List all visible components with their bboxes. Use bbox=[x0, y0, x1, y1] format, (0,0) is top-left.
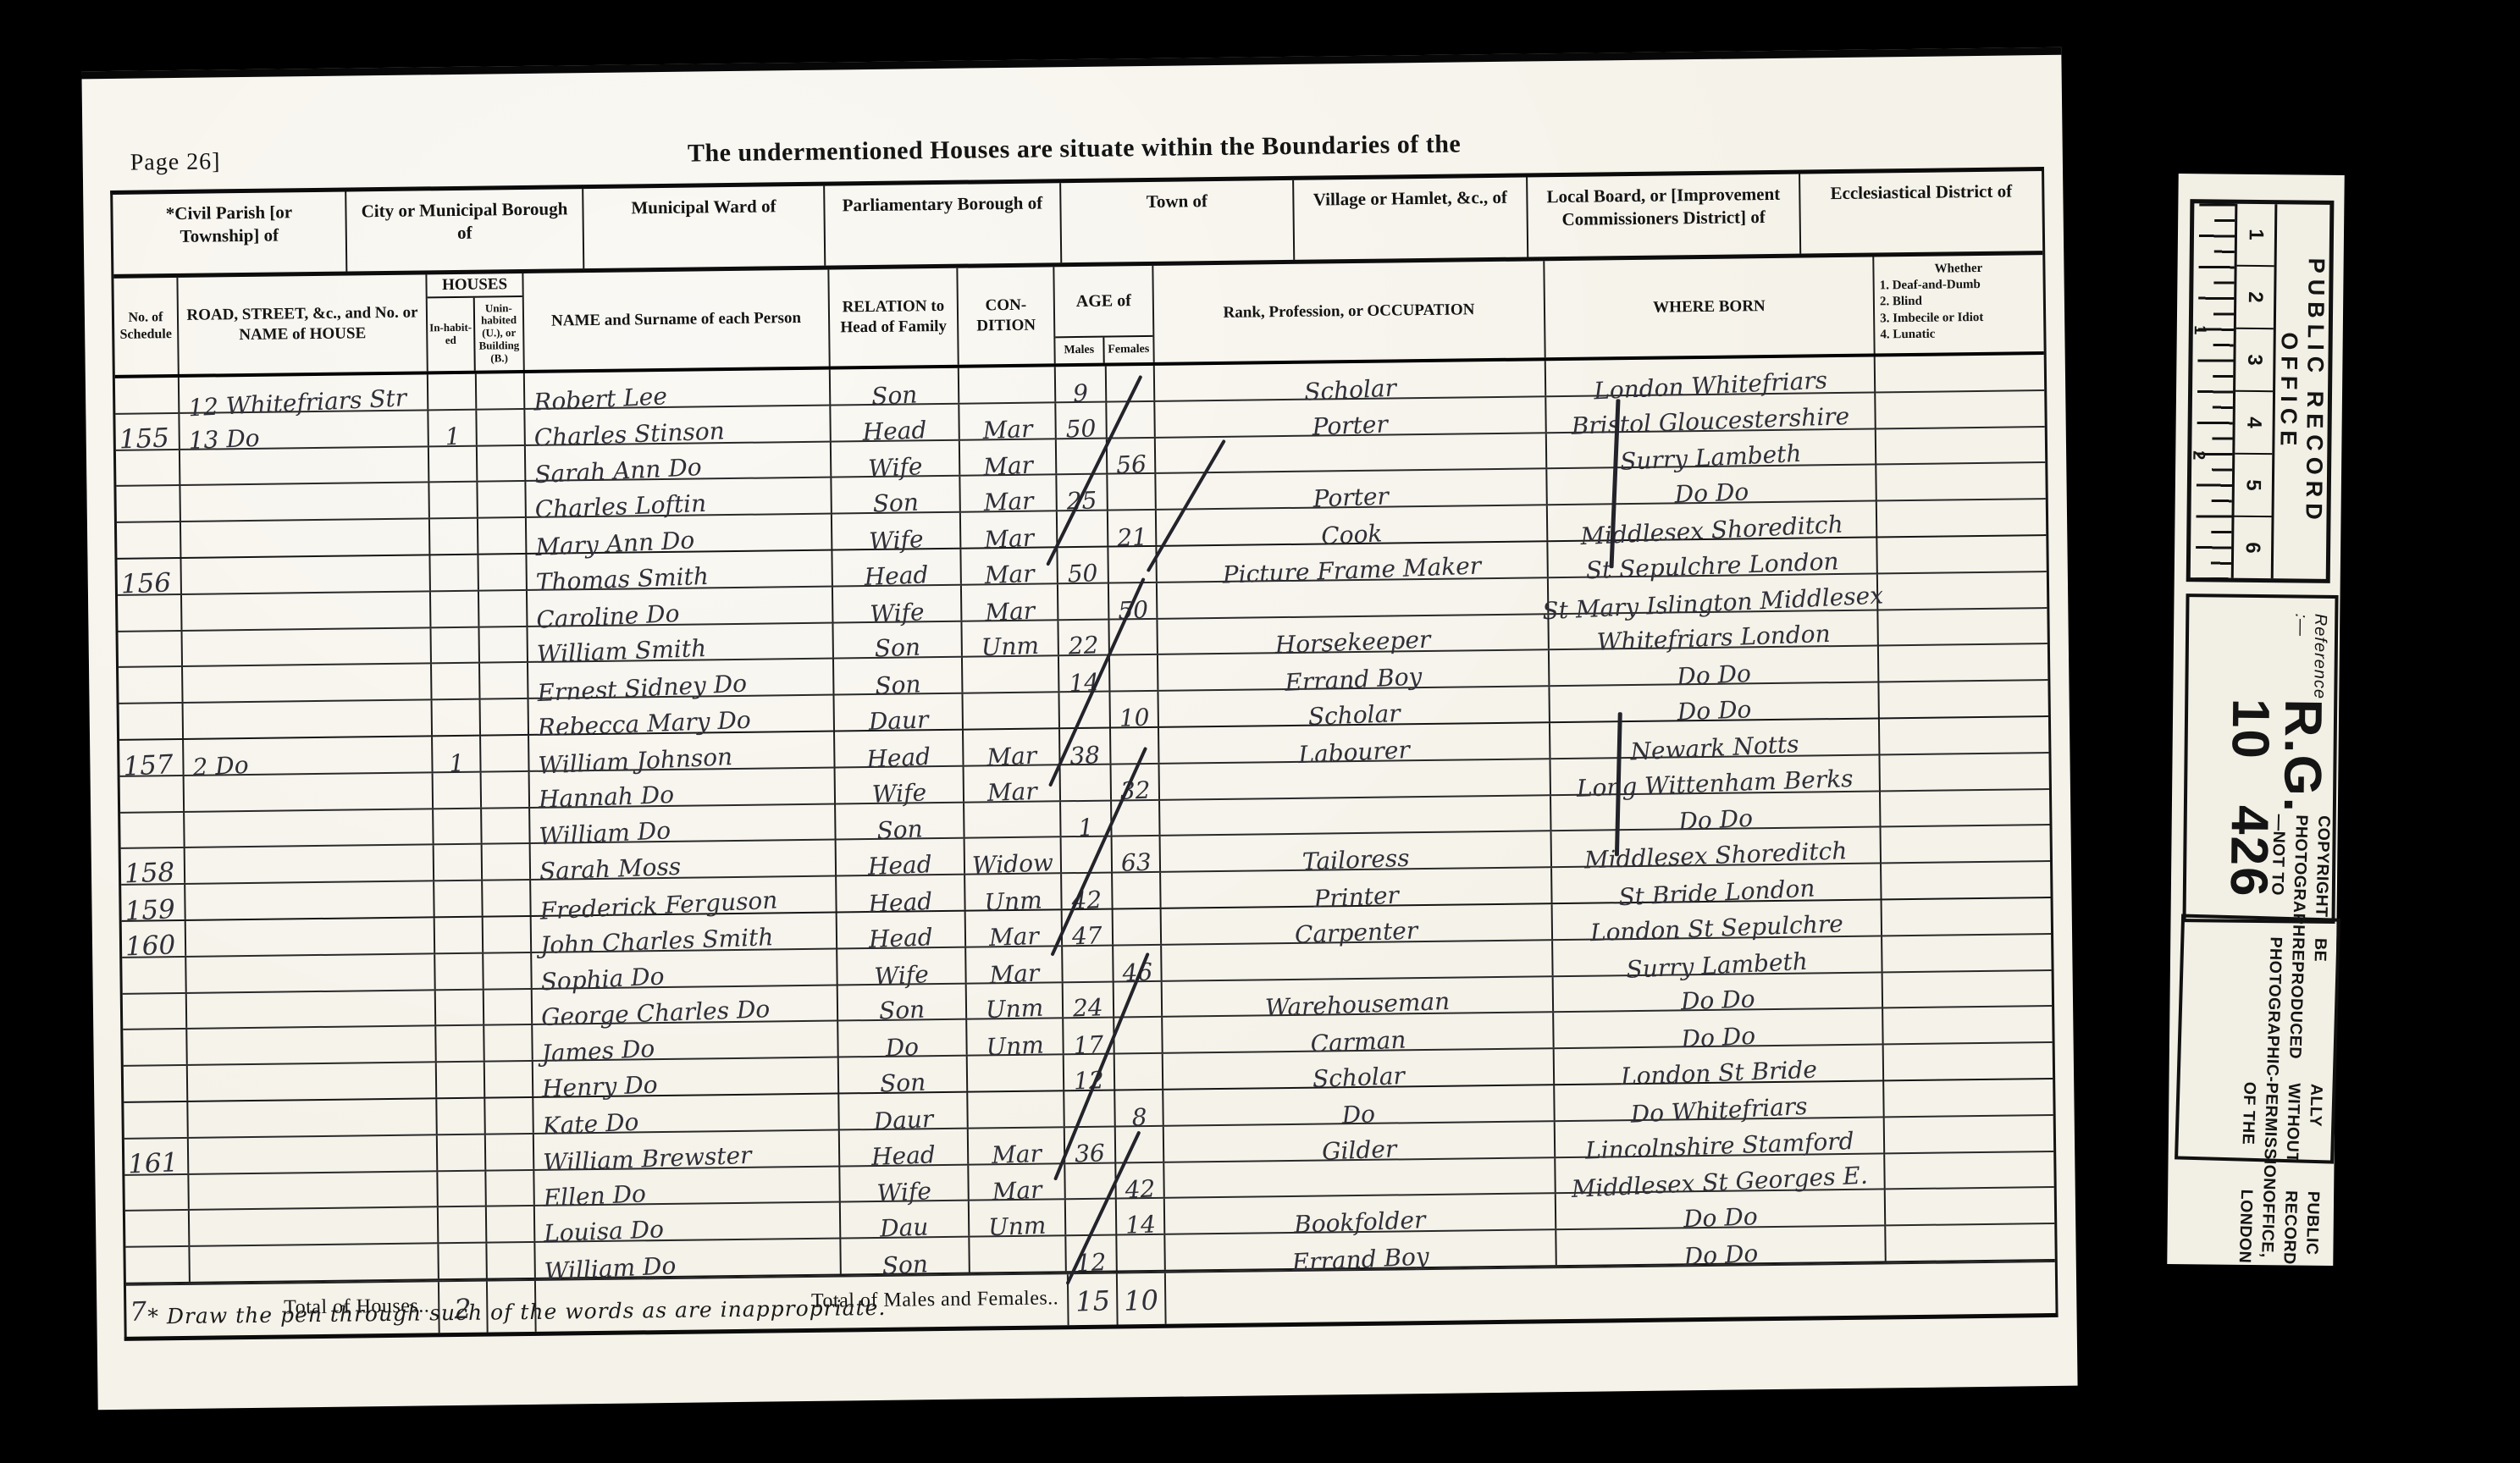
relation-cell: Wife bbox=[833, 585, 962, 621]
inhabited-cell bbox=[437, 1063, 485, 1097]
schedule-cell bbox=[125, 1211, 190, 1246]
infirmity-cell bbox=[1878, 609, 2047, 645]
schedule-cell bbox=[122, 958, 186, 993]
where-born-cell: Do Whitefriars bbox=[1555, 1081, 1884, 1120]
road-cell bbox=[190, 1208, 439, 1245]
handwritten-entry: 7 bbox=[130, 1300, 147, 1327]
age-male-cell bbox=[1061, 765, 1112, 800]
handwritten-entry: Unm bbox=[981, 634, 1039, 660]
schedule-cell: 156 bbox=[117, 559, 181, 594]
column-header-age-group: AGE of Males Females bbox=[1054, 266, 1154, 363]
condition-cell bbox=[970, 1236, 1066, 1272]
occupation-cell bbox=[1158, 578, 1549, 617]
name-cell: George Charles Do bbox=[533, 985, 838, 1024]
where-born-cell: Do Do bbox=[1556, 1227, 1886, 1266]
infirmity-line: 1. Deaf-and-Dumb bbox=[1880, 277, 1981, 295]
handwritten-entry: Son bbox=[880, 1071, 926, 1096]
age-male-cell bbox=[1058, 583, 1109, 619]
uninhabited-cell bbox=[483, 881, 531, 915]
road-cell bbox=[180, 483, 429, 521]
age-female-cell bbox=[1117, 1235, 1165, 1270]
inhabited-cell bbox=[436, 1026, 484, 1061]
condition-cell bbox=[968, 1055, 1064, 1090]
relation-cell: Son bbox=[833, 621, 962, 658]
uninhabited-cell bbox=[485, 1062, 533, 1096]
occupation-cell: Labourer bbox=[1159, 723, 1550, 762]
infirmity-cell bbox=[1876, 463, 2045, 500]
condition-cell: Mar bbox=[966, 910, 1063, 946]
road-cell bbox=[185, 881, 434, 919]
age-male-cell bbox=[1062, 837, 1113, 873]
handwritten-entry: Mar bbox=[988, 925, 1039, 950]
infirmity-cell bbox=[1886, 1188, 2054, 1224]
header-town: Town of bbox=[1061, 180, 1295, 262]
relation-cell: Head bbox=[831, 404, 959, 440]
header-local-board: Local Board, or [Improvement Commissione… bbox=[1528, 174, 1801, 257]
road-cell bbox=[190, 1244, 439, 1281]
handwritten-entry: 156 bbox=[120, 570, 171, 598]
empty-cell bbox=[1166, 1262, 2056, 1324]
name-cell: Sarah Ann Do bbox=[526, 442, 832, 480]
occupation-cell: Porter bbox=[1156, 470, 1547, 509]
infirmity-cell bbox=[1886, 1224, 2054, 1261]
infirmity-cell bbox=[1880, 754, 2048, 790]
inhabited-cell bbox=[430, 555, 478, 590]
header-civil-parish: *Civil Parish [or Township] of bbox=[113, 192, 347, 274]
name-cell: Ernest Sidney Do bbox=[528, 660, 834, 698]
uninhabited-cell bbox=[477, 410, 525, 444]
ruler-ticks: 1 2 bbox=[2191, 203, 2237, 578]
handwritten-entry: 160 bbox=[125, 932, 176, 960]
condition-cell: Unm bbox=[967, 983, 1064, 1019]
schedule-cell: 159 bbox=[121, 885, 185, 920]
schedule-cell bbox=[123, 1030, 187, 1065]
age-male-cell bbox=[1063, 946, 1114, 981]
where-born-cell: Middlesex Shoreditch bbox=[1552, 828, 1882, 867]
infirmity-cell bbox=[1883, 1007, 2052, 1043]
uninhabited-cell bbox=[487, 1243, 535, 1278]
office-name: PUBLIC RECORD OFFICE bbox=[2274, 204, 2330, 579]
age-male-cell: 1 bbox=[1061, 801, 1112, 836]
uninhabited-cell bbox=[482, 808, 530, 842]
inhabited-cell bbox=[431, 591, 479, 626]
age-female-cell bbox=[1114, 909, 1162, 944]
occupation-cell: Errand Boy bbox=[1165, 1230, 1556, 1269]
condition-cell: Mar bbox=[959, 403, 1056, 439]
relation-cell: Wife bbox=[832, 440, 960, 477]
ruler-inner-number: 2 bbox=[2188, 450, 2208, 460]
name-cell: Charles Stinson bbox=[525, 406, 831, 444]
houses-group-label: HOUSES bbox=[427, 273, 522, 298]
handwritten-entry: Wife bbox=[871, 781, 926, 806]
name-cell: Charles Loftin bbox=[526, 478, 832, 516]
inhabited-cell bbox=[433, 700, 481, 735]
column-header-houses-group: HOUSES In-habit-ed Unin-habited (U.), or… bbox=[427, 273, 524, 371]
occupation-cell bbox=[1160, 796, 1551, 835]
infirmity-line: 4. Lunatic bbox=[1880, 326, 1935, 343]
road-cell bbox=[181, 555, 430, 593]
infirmity-cell bbox=[1881, 790, 2049, 826]
handwritten-entry: 63 bbox=[1120, 851, 1152, 875]
road-cell bbox=[184, 701, 433, 738]
schedule-cell bbox=[115, 378, 180, 413]
header-ecclesiastical-district: Ecclesiastical District of bbox=[1800, 171, 2042, 253]
road-cell bbox=[186, 918, 435, 955]
road-cell bbox=[185, 773, 434, 810]
handwritten-entry: 24 bbox=[1073, 996, 1104, 1021]
name-cell: Rebecca Mary Do bbox=[529, 696, 835, 734]
infirmity-cell bbox=[1882, 862, 2050, 898]
infirmity-line: 3. Imbecile or Idiot bbox=[1880, 309, 1983, 327]
reference-label: Reference :— bbox=[2290, 606, 2329, 699]
handwritten-entry: 14 bbox=[1125, 1213, 1156, 1238]
occupation-cell: Scholar bbox=[1155, 361, 1546, 400]
copyright-notice: COPYRIGHT PHOTOGRAPH—NOT TO BE REPRODUCE… bbox=[2175, 914, 2340, 1163]
handwritten-entry: Mar bbox=[991, 1141, 1042, 1167]
road-cell bbox=[183, 628, 432, 665]
ruler-number: 2 bbox=[2236, 267, 2274, 329]
condition-cell: Mar bbox=[969, 1128, 1065, 1163]
age-female-cell bbox=[1108, 474, 1156, 509]
column-header-where-born: WHERE BORN bbox=[1545, 257, 1875, 357]
relation-cell: Son bbox=[831, 368, 959, 405]
age-female-cell bbox=[1110, 655, 1158, 690]
relation-cell: Head bbox=[837, 839, 965, 875]
census-scan-photograph: { "page": { "page_number": "Page 26]", "… bbox=[0, 0, 2520, 1463]
road-cell bbox=[185, 846, 434, 883]
occupation-cell: Bookfolder bbox=[1165, 1194, 1556, 1233]
uninhabited-cell bbox=[477, 373, 525, 408]
name-cell: Mary Ann Do bbox=[527, 515, 832, 553]
handwritten-entry: Mar bbox=[982, 417, 1033, 443]
where-born-cell: Lincolnshire Stamford bbox=[1556, 1118, 1885, 1157]
age-male-cell: 50 bbox=[1058, 548, 1108, 583]
uninhabited-cell bbox=[484, 953, 532, 988]
condition-cell: Mar bbox=[960, 439, 1057, 475]
relation-cell: Son bbox=[832, 477, 960, 513]
uninhabited-cell bbox=[482, 772, 530, 807]
relation-cell: Son bbox=[841, 1238, 970, 1274]
column-header-schedule: No. of Schedule bbox=[113, 278, 179, 375]
infirmity-cell bbox=[1876, 391, 2044, 428]
inhabited-cell: 1 bbox=[433, 737, 481, 771]
uninhabited-cell bbox=[478, 482, 526, 516]
ruler-number: 3 bbox=[2235, 329, 2274, 392]
where-born-cell: London Whitefriars bbox=[1546, 356, 1876, 395]
handwritten-entry: 1 bbox=[445, 424, 461, 449]
name-cell: Frederick Ferguson bbox=[531, 877, 837, 915]
inhabited-cell bbox=[436, 990, 484, 1024]
road-cell bbox=[185, 809, 434, 847]
relation-cell: Son bbox=[839, 1057, 968, 1093]
where-born-cell: Do Do bbox=[1554, 1009, 1883, 1048]
relation-cell: Wife bbox=[837, 947, 966, 984]
age-female-cell bbox=[1114, 1018, 1163, 1052]
schedule-cell bbox=[125, 1247, 190, 1283]
inhabited-cell bbox=[435, 953, 484, 988]
occupation-cell bbox=[1160, 759, 1551, 798]
age-female-cell: 14 bbox=[1117, 1199, 1165, 1234]
condition-cell: Unm bbox=[967, 1019, 1064, 1055]
where-born-cell: Do Do bbox=[1547, 466, 1876, 505]
road-cell bbox=[186, 954, 435, 991]
handwritten-entry: Mar bbox=[983, 489, 1034, 515]
where-born-cell: Long Wittenham Berks bbox=[1550, 755, 1880, 794]
name-cell: Sarah Moss bbox=[531, 841, 837, 879]
relation-cell: Wife bbox=[832, 513, 961, 549]
where-born-cell: Whitefriars London bbox=[1549, 610, 1878, 649]
infirmity-cell bbox=[1884, 1043, 2053, 1079]
where-born-cell: St Sepulchre London bbox=[1548, 538, 1877, 577]
infirmity-cell bbox=[1882, 898, 2051, 935]
schedule-cell bbox=[119, 632, 183, 667]
road-cell bbox=[180, 447, 429, 484]
pen-strokes bbox=[82, 55, 2062, 80]
public-record-office-stamp: 1 2 1 2 3 4 5 6 PUBLIC RECORD OFFICE Ref… bbox=[2167, 174, 2344, 1266]
uninhabited-cell bbox=[484, 1025, 533, 1060]
inhabited-cell bbox=[431, 627, 479, 662]
handwritten-entry: Son bbox=[874, 636, 920, 661]
infirmity-line: 2. Blind bbox=[1880, 294, 1922, 311]
uninhabited-cell bbox=[484, 917, 532, 952]
inhabited-cell bbox=[439, 1244, 487, 1278]
column-header-infirmity: Whether 1. Deaf-and-Dumb 2. Blind 3. Imb… bbox=[1874, 255, 2043, 353]
handwritten-entry: 36 bbox=[1075, 1141, 1106, 1166]
name-cell: Caroline Do bbox=[528, 587, 833, 625]
relation-cell: Head bbox=[840, 1129, 969, 1165]
handwritten-entry: 47 bbox=[1072, 924, 1103, 948]
age-male-cell: 12 bbox=[1064, 1055, 1115, 1090]
infirmity-cell bbox=[1883, 971, 2052, 1008]
condition-cell: Mar bbox=[960, 476, 1057, 511]
column-header-relation: RELATION to Head of Family bbox=[829, 268, 959, 367]
occupation-cell: Gilder bbox=[1164, 1122, 1556, 1161]
copyright-line: PUBLIC RECORD OFFICE, LONDON bbox=[2180, 1188, 2324, 1266]
schedule-cell: 160 bbox=[122, 921, 186, 957]
total-males-value: 15 bbox=[1067, 1273, 1119, 1325]
ruler-number: 1 bbox=[2236, 204, 2274, 267]
uninhabited-cell bbox=[486, 1170, 534, 1205]
uninhabited-cell bbox=[478, 555, 527, 589]
inhabited-cell bbox=[439, 1207, 487, 1242]
column-header-males: Males bbox=[1055, 338, 1104, 364]
infirmity-cell bbox=[1877, 500, 2046, 536]
relation-cell: Wife bbox=[840, 1165, 969, 1201]
schedule-cell: 161 bbox=[124, 1139, 189, 1174]
relation-cell: Head bbox=[835, 731, 964, 767]
infirmity-cell bbox=[1882, 825, 2050, 862]
schedule-cell: 155 bbox=[115, 414, 180, 450]
condition-cell: Widow bbox=[965, 838, 1062, 874]
name-cell: Sophia Do bbox=[532, 949, 837, 987]
condition-cell bbox=[959, 367, 1056, 402]
handwritten-entry: 50 bbox=[1067, 561, 1098, 586]
age-female-cell: 56 bbox=[1108, 438, 1156, 472]
where-born-cell: Newark Notts bbox=[1550, 719, 1880, 758]
road-cell bbox=[187, 991, 436, 1028]
age-male-cell: 24 bbox=[1064, 982, 1114, 1018]
infirmity-cell bbox=[1878, 572, 2047, 609]
ruler-scale: 1 2 1 2 3 4 5 6 PUBLIC RECORD OFFICE bbox=[2186, 199, 2335, 583]
name-cell: Louisa Do bbox=[535, 1203, 841, 1241]
uninhabited-cell bbox=[483, 844, 531, 879]
handwritten-entry: 155 bbox=[119, 425, 169, 453]
handwritten-entry: Son bbox=[872, 491, 919, 516]
condition-cell: Mar bbox=[964, 729, 1060, 765]
relation-cell: Son bbox=[834, 658, 963, 694]
uninhabited-cell bbox=[485, 1098, 533, 1133]
header-village-hamlet: Village or Hamlet, &c., of bbox=[1294, 177, 1528, 259]
occupation-cell: Porter bbox=[1155, 397, 1546, 436]
schedule-cell: 157 bbox=[119, 740, 184, 776]
uninhabited-cell bbox=[481, 736, 529, 770]
handwritten-entry: 15 bbox=[1075, 1287, 1110, 1315]
relation-cell: Head bbox=[837, 912, 966, 948]
inhabited-cell bbox=[437, 1099, 485, 1134]
handwritten-entry: Son bbox=[881, 1252, 928, 1278]
name-cell: William Do bbox=[535, 1239, 841, 1278]
uninhabited-cell bbox=[479, 627, 528, 662]
schedule-cell bbox=[118, 595, 182, 631]
where-born-cell: Middlesex St Georges E. bbox=[1556, 1154, 1885, 1193]
schedule-cell bbox=[116, 486, 180, 522]
copyright-line: ALLY WITHOUT PERMISSION OF THE bbox=[2182, 1079, 2327, 1191]
header-city-borough: City or Municipal Borough of bbox=[346, 189, 584, 271]
handwritten-entry: 158 bbox=[124, 860, 174, 888]
ruler-inner-number: 1 bbox=[2190, 325, 2209, 334]
age-male-cell: 14 bbox=[1059, 656, 1110, 692]
age-female-cell: 8 bbox=[1115, 1090, 1163, 1125]
age-female-cell: 63 bbox=[1113, 836, 1161, 871]
inhabited-cell bbox=[438, 1135, 486, 1169]
road-cell bbox=[181, 520, 430, 557]
where-born-cell: Do Do bbox=[1554, 973, 1883, 1012]
handwritten-entry: Dau bbox=[880, 1216, 929, 1241]
age-male-cell: 50 bbox=[1056, 402, 1107, 438]
occupation-cell: Carman bbox=[1163, 1013, 1554, 1052]
census-page-sheet: Page 26] The undermentioned Houses are s… bbox=[81, 47, 2077, 1410]
occupation-cell: Tailoress bbox=[1161, 832, 1552, 871]
condition-cell: Mar bbox=[962, 584, 1058, 620]
ruler-numbers: 1 2 3 4 5 6 bbox=[2234, 204, 2278, 578]
relation-cell: Head bbox=[837, 875, 965, 912]
inhabited-cell bbox=[434, 772, 482, 807]
where-born-cell: London St Bride bbox=[1555, 1046, 1884, 1085]
age-female-cell bbox=[1111, 728, 1159, 763]
schedule-cell bbox=[124, 1174, 189, 1210]
infirmity-cell bbox=[1876, 428, 2045, 464]
schedule-cell bbox=[120, 776, 185, 812]
name-cell: Thomas Smith bbox=[527, 551, 832, 589]
handwritten-entry: Mar bbox=[984, 562, 1035, 588]
handwritten-entry: 161 bbox=[128, 1150, 179, 1178]
infirmity-cell bbox=[1879, 644, 2047, 681]
handwritten-entry: Son bbox=[879, 998, 926, 1024]
condition-cell: Mar bbox=[961, 548, 1058, 583]
ruler-number: 5 bbox=[2234, 455, 2272, 517]
uninhabited-cell bbox=[480, 663, 528, 698]
where-born-cell: Middlesex Shoreditch bbox=[1548, 502, 1877, 541]
relation-cell: Daur bbox=[839, 1093, 968, 1129]
column-header-uninhabited: Unin-habited (U.), or Building (B.) bbox=[475, 297, 523, 371]
occupation-cell bbox=[1164, 1158, 1556, 1197]
schedule-cell bbox=[116, 450, 180, 486]
column-header-females: Females bbox=[1104, 337, 1153, 363]
ruler-number: 6 bbox=[2234, 517, 2272, 578]
inhabited-cell: 1 bbox=[428, 410, 477, 444]
occupation-cell: Scholar bbox=[1163, 1049, 1555, 1088]
copyright-line: BE REPRODUCED PHOTOGRAPHIC- bbox=[2186, 935, 2332, 1085]
age-female-cell bbox=[1113, 873, 1161, 908]
where-born-cell: Do Do bbox=[1551, 792, 1881, 831]
condition-cell bbox=[963, 693, 1059, 728]
occupation-cell: Carpenter bbox=[1162, 904, 1553, 943]
infirmity-cell bbox=[1880, 717, 2048, 754]
uninhabited-cell bbox=[478, 518, 527, 553]
column-header-name: NAME and Surname of each Person bbox=[523, 270, 830, 370]
handwritten-entry: Mar bbox=[986, 779, 1037, 804]
occupation-cell: Scholar bbox=[1158, 687, 1550, 726]
ruler-number: 4 bbox=[2235, 392, 2273, 455]
handwritten-entry: 22 bbox=[1068, 634, 1099, 659]
name-cell: Kate Do bbox=[533, 1094, 839, 1132]
schedule-cell bbox=[124, 1066, 188, 1101]
road-cell bbox=[188, 1099, 437, 1136]
where-born-cell: Surry Lambeth bbox=[1547, 429, 1876, 468]
road-cell: 12 Whitefriars Str bbox=[180, 374, 428, 411]
road-cell: 13 Do bbox=[180, 411, 428, 448]
column-header-road: ROAD, STREET, &c., and No. or NAME of HO… bbox=[178, 274, 428, 374]
uninhabited-cell bbox=[486, 1135, 534, 1169]
relation-cell: Wife bbox=[836, 766, 964, 803]
condition-cell: Mar bbox=[964, 765, 1061, 801]
uninhabited-cell bbox=[479, 591, 528, 626]
occupation-cell: Picture Frame Maker bbox=[1157, 542, 1548, 581]
inhabited-cell bbox=[434, 881, 483, 916]
schedule-cell bbox=[123, 993, 187, 1029]
name-cell: William Smith bbox=[528, 623, 833, 661]
infirmity-cell bbox=[1882, 935, 2051, 971]
relation-cell: Head bbox=[832, 549, 961, 586]
condition-cell bbox=[968, 1091, 1064, 1127]
uninhabited-cell bbox=[484, 989, 533, 1024]
where-born-cell: London St Sepulchre bbox=[1553, 900, 1882, 939]
inhabited-cell bbox=[434, 809, 482, 843]
occupation-cell: Horsekeeper bbox=[1158, 615, 1549, 654]
condition-cell: Unm bbox=[970, 1201, 1066, 1236]
schedule-cell bbox=[124, 1102, 188, 1138]
handwritten-entry: Unm bbox=[988, 1214, 1047, 1239]
condition-cell: Mar bbox=[966, 947, 1063, 982]
relation-cell: Son bbox=[838, 984, 967, 1020]
age-group-label: AGE of bbox=[1054, 266, 1152, 336]
condition-cell bbox=[964, 802, 1061, 837]
handwritten-entry: 10 bbox=[1119, 706, 1150, 731]
page-title: The undermentioned Houses are situate wi… bbox=[110, 123, 2039, 175]
relation-cell: Do bbox=[838, 1020, 967, 1057]
road-cell bbox=[183, 665, 432, 702]
schedule-cell bbox=[120, 812, 185, 847]
infirmity-cell bbox=[1885, 1152, 2053, 1189]
road-cell bbox=[189, 1172, 438, 1209]
age-male-cell: 9 bbox=[1056, 367, 1107, 402]
census-table: *Civil Parish [or Township] of City or M… bbox=[110, 167, 2058, 1341]
inhabited-cell bbox=[429, 483, 478, 517]
header-municipal-ward: Municipal Ward of bbox=[583, 186, 826, 268]
uninhabited-cell bbox=[481, 699, 529, 734]
inhabited-cell bbox=[432, 664, 480, 698]
road-cell bbox=[188, 1063, 437, 1100]
